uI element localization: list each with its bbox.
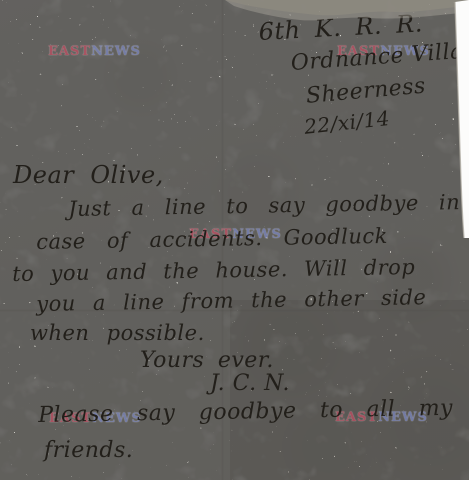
letter-postscript-line: friends. bbox=[44, 438, 133, 463]
letter-salutation: Dear Olive, bbox=[13, 161, 164, 189]
letter-signature: J. C. N. bbox=[210, 371, 290, 396]
watermark-news-text: NEWS bbox=[91, 44, 141, 59]
east-news-watermark: EASTNEWS bbox=[48, 44, 141, 59]
letter-closing: Yours ever. bbox=[140, 348, 274, 373]
scanned-letter: EASTNEWS EASTNEWS EASTNEWS EASTNEWS EAST… bbox=[0, 0, 469, 480]
watermark-east-text: EAST bbox=[48, 44, 91, 59]
letter-body-line: when possible. bbox=[30, 321, 205, 345]
